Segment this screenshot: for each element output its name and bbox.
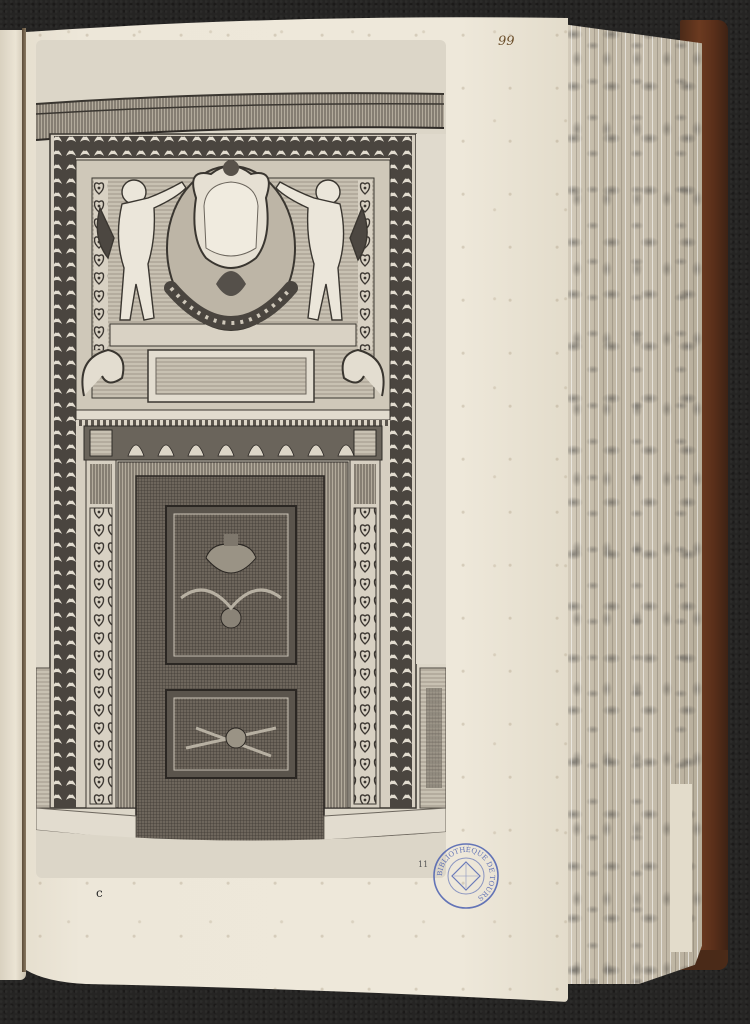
book-gutter bbox=[22, 28, 26, 972]
corner-mark: c bbox=[96, 886, 103, 900]
library-stamp: BIBLIOTHÈQUE DE TOURS bbox=[432, 842, 500, 910]
small-mark: 11 bbox=[418, 860, 428, 869]
page-number: 99 bbox=[498, 34, 515, 49]
engraving-doorway bbox=[36, 88, 446, 848]
fore-edge-pages bbox=[562, 24, 702, 984]
